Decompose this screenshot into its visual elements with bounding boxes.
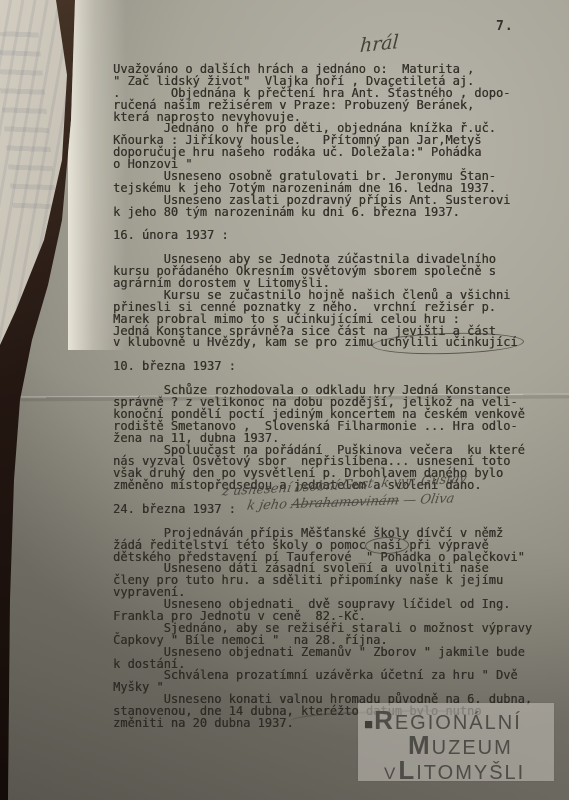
typed-line: 16. února 1937 : [113, 230, 553, 242]
watermark-initial-l: L [398, 755, 416, 786]
typed-line: Schválena prozatímní uzávěrka účetní za … [113, 670, 553, 682]
watermark-initial-r: R [374, 705, 395, 736]
museum-watermark: ■ R EGIONÁLNÍ M UZEUM V L ITOMYŠLI [358, 703, 554, 781]
watermark-prefix-v: V [384, 764, 397, 784]
note2-post: — Oliva [398, 491, 456, 508]
note2-pre: k jeho [246, 497, 293, 514]
watermark-square-icon: ■ [364, 717, 373, 732]
handwritten-note-top: hrál [359, 31, 399, 57]
document-page: 7. Uvažováno o dalších hrách a jednáno o… [0, 0, 569, 800]
typed-line: k jeho 80 tým narozeninám ku dni 6. břez… [113, 207, 553, 219]
typed-line: 10. března 1937 : [113, 361, 553, 373]
watermark-text-muzeum: UZEUM [432, 737, 513, 760]
page-number: 7. [496, 19, 514, 34]
watermark-line-1: ■ R EGIONÁLNÍ [364, 705, 550, 730]
photo-background: 7. Uvažováno o dalších hrách a jednáno o… [0, 0, 569, 800]
watermark-text-litomysli: ITOMYŠLI [416, 762, 525, 785]
